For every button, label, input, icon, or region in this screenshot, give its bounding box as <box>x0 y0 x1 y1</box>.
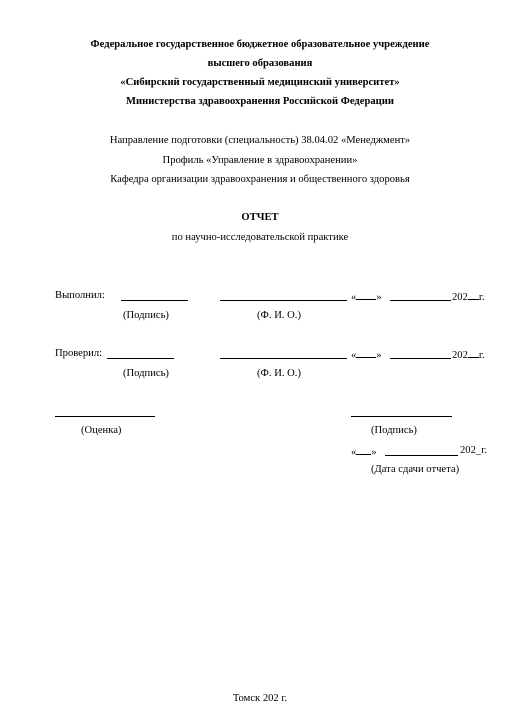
submission-month-line[interactable] <box>385 455 458 456</box>
grader-signature-line[interactable] <box>351 416 452 417</box>
report-title: ОТЧЕТ <box>0 212 520 223</box>
profile-line: Профиль «Управление в здравоохранении» <box>0 155 520 166</box>
checked-year-line[interactable] <box>468 348 479 358</box>
checked-signature-line[interactable] <box>107 358 174 359</box>
institution-line-2: высшего образования <box>0 58 520 69</box>
performed-year-line[interactable] <box>468 290 479 300</box>
submission-year: 202_г. <box>460 445 487 456</box>
quote-close: » <box>376 350 381 361</box>
year-prefix: 202 <box>452 350 468 361</box>
performed-label: Выполнил: <box>55 290 105 301</box>
checked-name-line[interactable] <box>220 358 347 359</box>
ministry-name: Министерства здравоохранения Российской … <box>0 96 520 107</box>
city-year: Томск 202 г. <box>0 693 520 704</box>
performed-name-caption: (Ф. И. О.) <box>257 310 301 321</box>
grade-caption: (Оценка) <box>81 425 121 436</box>
year-suffix: г. <box>479 292 485 303</box>
year-suffix: г. <box>479 350 485 361</box>
university-name: «Сибирский государственный медицинский у… <box>0 77 520 88</box>
quote-close: » <box>371 447 376 458</box>
checked-name-caption: (Ф. И. О.) <box>257 368 301 379</box>
submission-date-caption: (Дата сдачи отчета) <box>371 464 459 475</box>
submission-date: «» <box>351 445 377 458</box>
performed-date: «» <box>351 290 382 303</box>
performed-name-line[interactable] <box>220 300 347 301</box>
checked-month-line[interactable] <box>390 358 451 359</box>
direction-line: Направление подготовки (специальность) 3… <box>0 135 520 146</box>
checked-label: Проверил: <box>55 348 102 359</box>
checked-date: «» <box>351 348 382 361</box>
performed-day-line[interactable] <box>356 290 376 300</box>
checked-day-line[interactable] <box>356 348 376 358</box>
performed-signature-line[interactable] <box>121 300 188 301</box>
report-subtitle: по научно-исследовательской практике <box>0 232 520 243</box>
performed-month-line[interactable] <box>390 300 451 301</box>
performed-signature-caption: (Подпись) <box>123 310 169 321</box>
department-line: Кафедра организации здравоохранения и об… <box>0 174 520 185</box>
grade-line[interactable] <box>55 416 155 417</box>
submission-day-line[interactable] <box>356 445 371 455</box>
grader-signature-caption: (Подпись) <box>371 425 417 436</box>
year-prefix: 202 <box>452 292 468 303</box>
quote-close: » <box>376 292 381 303</box>
checked-signature-caption: (Подпись) <box>123 368 169 379</box>
institution-line-1: Федеральное государственное бюджетное об… <box>0 39 520 50</box>
checked-year: 202г. <box>452 348 485 361</box>
performed-year: 202г. <box>452 290 485 303</box>
